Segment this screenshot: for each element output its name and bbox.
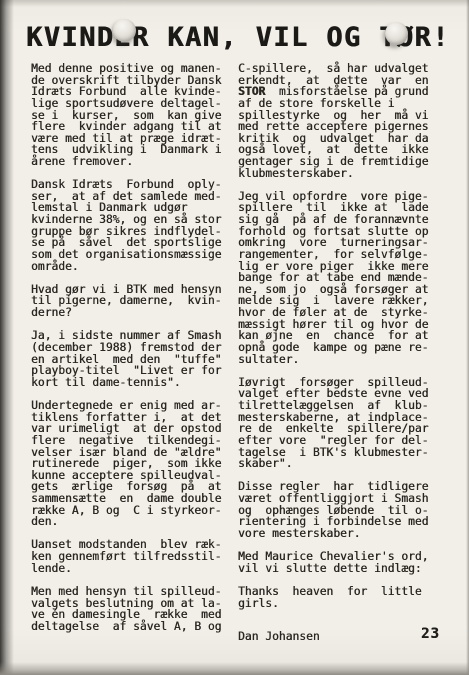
author-signature: Dan Johansen: [238, 621, 428, 643]
page-number: 23: [421, 626, 440, 642]
right-column: C-spillere, så har udvalget erkendt, at …: [238, 63, 428, 642]
scan-edge-left: [0, 0, 14, 675]
paragraph: Dansk Idræts Forbund oply- ser, at af de…: [31, 179, 221, 272]
scan-edge-bottom: [0, 662, 469, 675]
paragraph: Med denne positive og manen- de overskri…: [31, 63, 221, 168]
paragraph: Iøvrigt forsøger spilleud- valget efter …: [238, 377, 428, 470]
paragraph: C-spillere, så har udvalget erkendt, at …: [238, 63, 428, 179]
hole-punch-right: [385, 22, 408, 45]
paragraph: Thanks heaven for little girls.: [238, 586, 428, 609]
paragraph: Jeg vil opfordre vore pige- spillere til…: [238, 191, 428, 365]
paragraph-text: misforståelse på grund af de store forsk…: [238, 85, 428, 179]
paragraph: Ja, i sidste nummer af Smash (december 1…: [31, 330, 221, 388]
paragraph: Uanset modstanden blev ræk- ken gennemfø…: [31, 539, 221, 574]
paragraph: Disse regler har tidligere været offentl…: [238, 481, 428, 539]
left-column: Med denne positive og manen- de overskri…: [31, 63, 221, 644]
paragraph-text: C-spillere, så har udvalget erkendt, at …: [238, 62, 428, 87]
paragraph: Undertegnede er enig med ar- tiklens for…: [31, 400, 221, 528]
paragraph: Men med hensyn til spilleud- valgets bes…: [31, 586, 221, 633]
scan-edge-top: [0, 0, 469, 7]
paragraph: Hvad gør vi i BTK med hensyn til pigerne…: [31, 284, 221, 319]
scanned-newsletter-page: KVINDER KAN, VIL OG TØR! Med denne posit…: [0, 0, 469, 675]
paragraph: Med Maurice Chevalier's ord, vil vi slut…: [238, 551, 428, 574]
hole-punch-left: [113, 19, 136, 42]
